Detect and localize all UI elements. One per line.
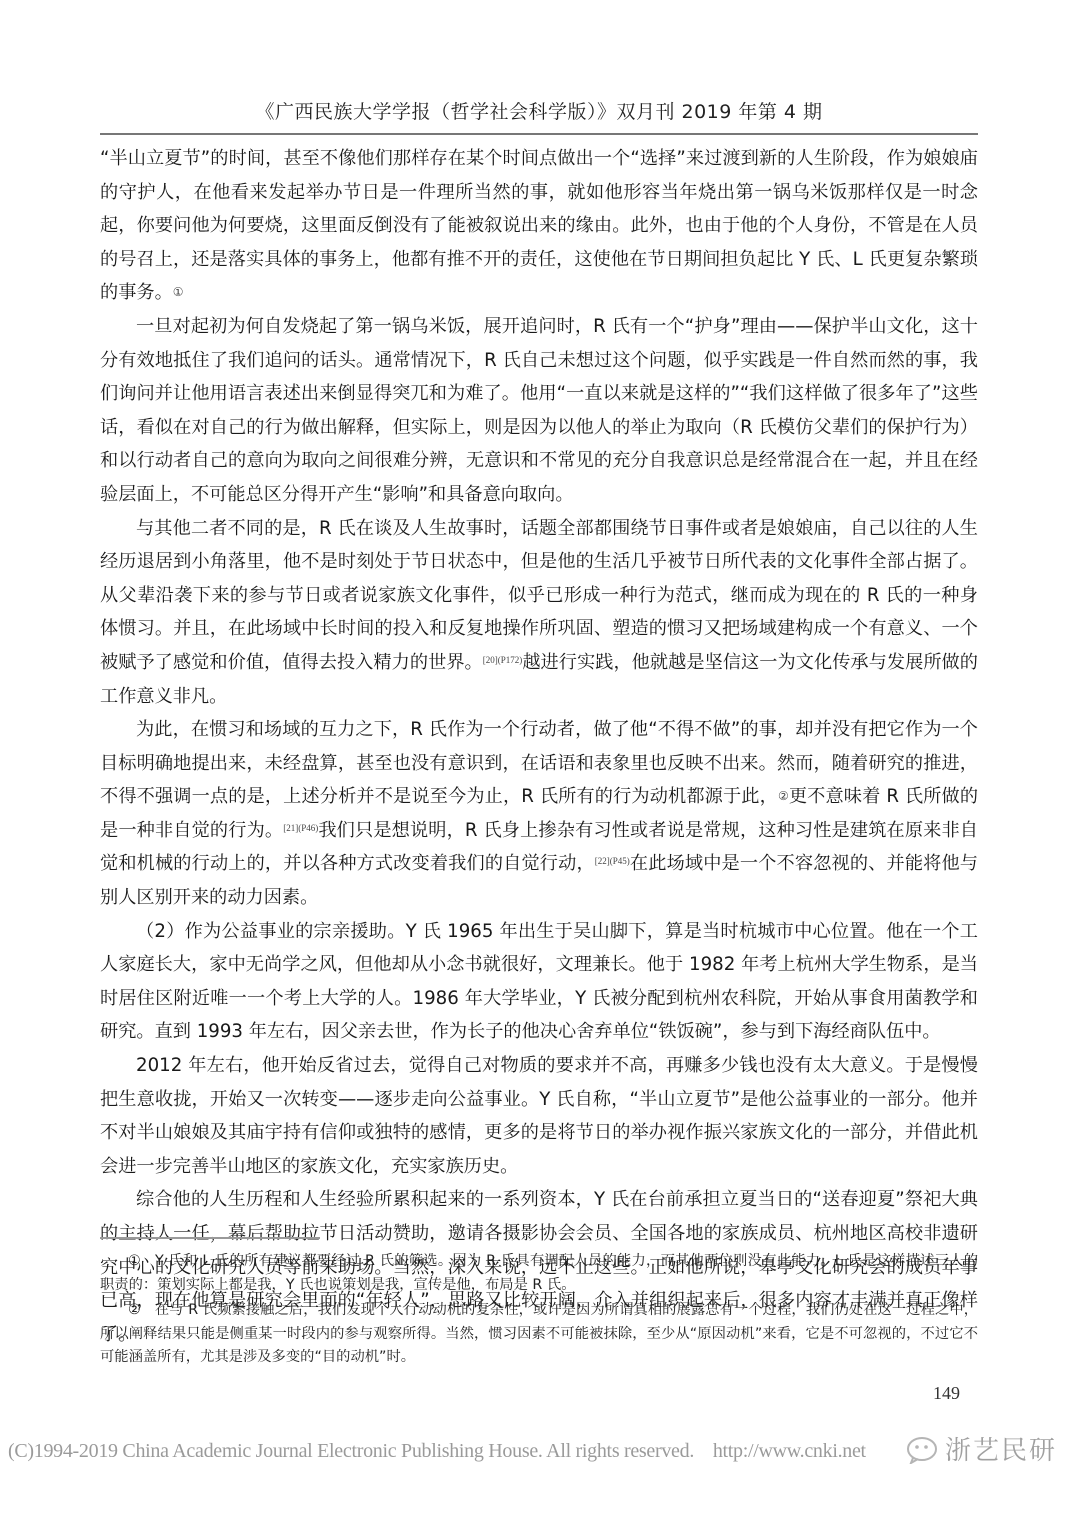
footnote-text: 在与 R 氏频繁接触之后，我们发现个人行动动机的复杂性，或许是因为所谓真相的展露… [100,1302,978,1365]
page-number: 149 [933,1383,960,1404]
journal-header: 《广西民族大学学报（哲学社会科学版）》双月刊 2019 年第 4 期 [100,97,978,124]
paragraph-4: 为此，在惯习和场域的互力之下，R 氏作为一个行动者，做了他“不得不做”的事，却并… [100,713,978,915]
footnote-mark: ① [128,1253,141,1269]
copyright-notice: (C)1994-2019 China Academic Journal Elec… [8,1440,866,1463]
footnote-mark: ② [128,1302,141,1318]
paragraph-1: “半山立夏节”的时间，甚至不像他们那样存在某个时间点做出一个“选择”来过渡到新的… [100,142,978,310]
paragraph-3: 与其他二者不同的是，R 氏在谈及人生故事时，话题全部都围绕节日事件或者是娘娘庙，… [100,512,978,714]
footnote-ref-1[interactable]: ① [173,285,184,299]
footnote-text: Y 氏和 L 氏的所有建议都要经过 R 氏的筛选。因为 R 氏具有调配人员的能力… [100,1253,978,1293]
footnote-separator [100,1237,320,1239]
article-body: “半山立夏节”的时间，甚至不像他们那样存在某个时间点做出一个“选择”来过渡到新的… [100,142,978,1351]
paragraph-text: “半山立夏节”的时间，甚至不像他们那样存在某个时间点做出一个“选择”来过渡到新的… [100,148,978,303]
paragraph-text: 与其他二者不同的是，R 氏在谈及人生故事时，话题全部都围绕节日事件或者是娘娘庙，… [100,518,978,673]
header-rule [100,133,978,135]
footnote-ref-2[interactable]: ② [778,789,789,803]
citation-ref-22[interactable]: [22](P45) [595,856,630,866]
paragraph-6: 2012 年左右，他开始反省过去，觉得自己对物质的要求并不高，再赚多少钱也没有太… [100,1049,978,1183]
watermark-text: 浙艺民研 [945,1430,1057,1467]
citation-ref-20[interactable]: [20](P172) [483,655,523,665]
paragraph-2: 一旦对起初为何自发烧起了第一锅乌米饭，展开追问时，R 氏有一个“护身”理由——保… [100,310,978,512]
watermark: 浙艺民研 [905,1430,1057,1467]
paragraph-5: （2）作为公益事业的宗亲援助。Y 氏 1965 年出生于吴山脚下，算是当时杭城市… [100,915,978,1049]
footnotes: ①Y 氏和 L 氏的所有建议都要经过 R 氏的筛选。因为 R 氏具有调配人员的能… [100,1250,978,1372]
footnote-1: ①Y 氏和 L 氏的所有建议都要经过 R 氏的筛选。因为 R 氏具有调配人员的能… [100,1250,978,1297]
citation-ref-21[interactable]: [21](P46) [283,823,318,833]
footnote-2: ②在与 R 氏频繁接触之后，我们发现个人行动动机的复杂性，或许是因为所谓真相的展… [100,1299,978,1370]
wechat-icon [905,1434,939,1464]
